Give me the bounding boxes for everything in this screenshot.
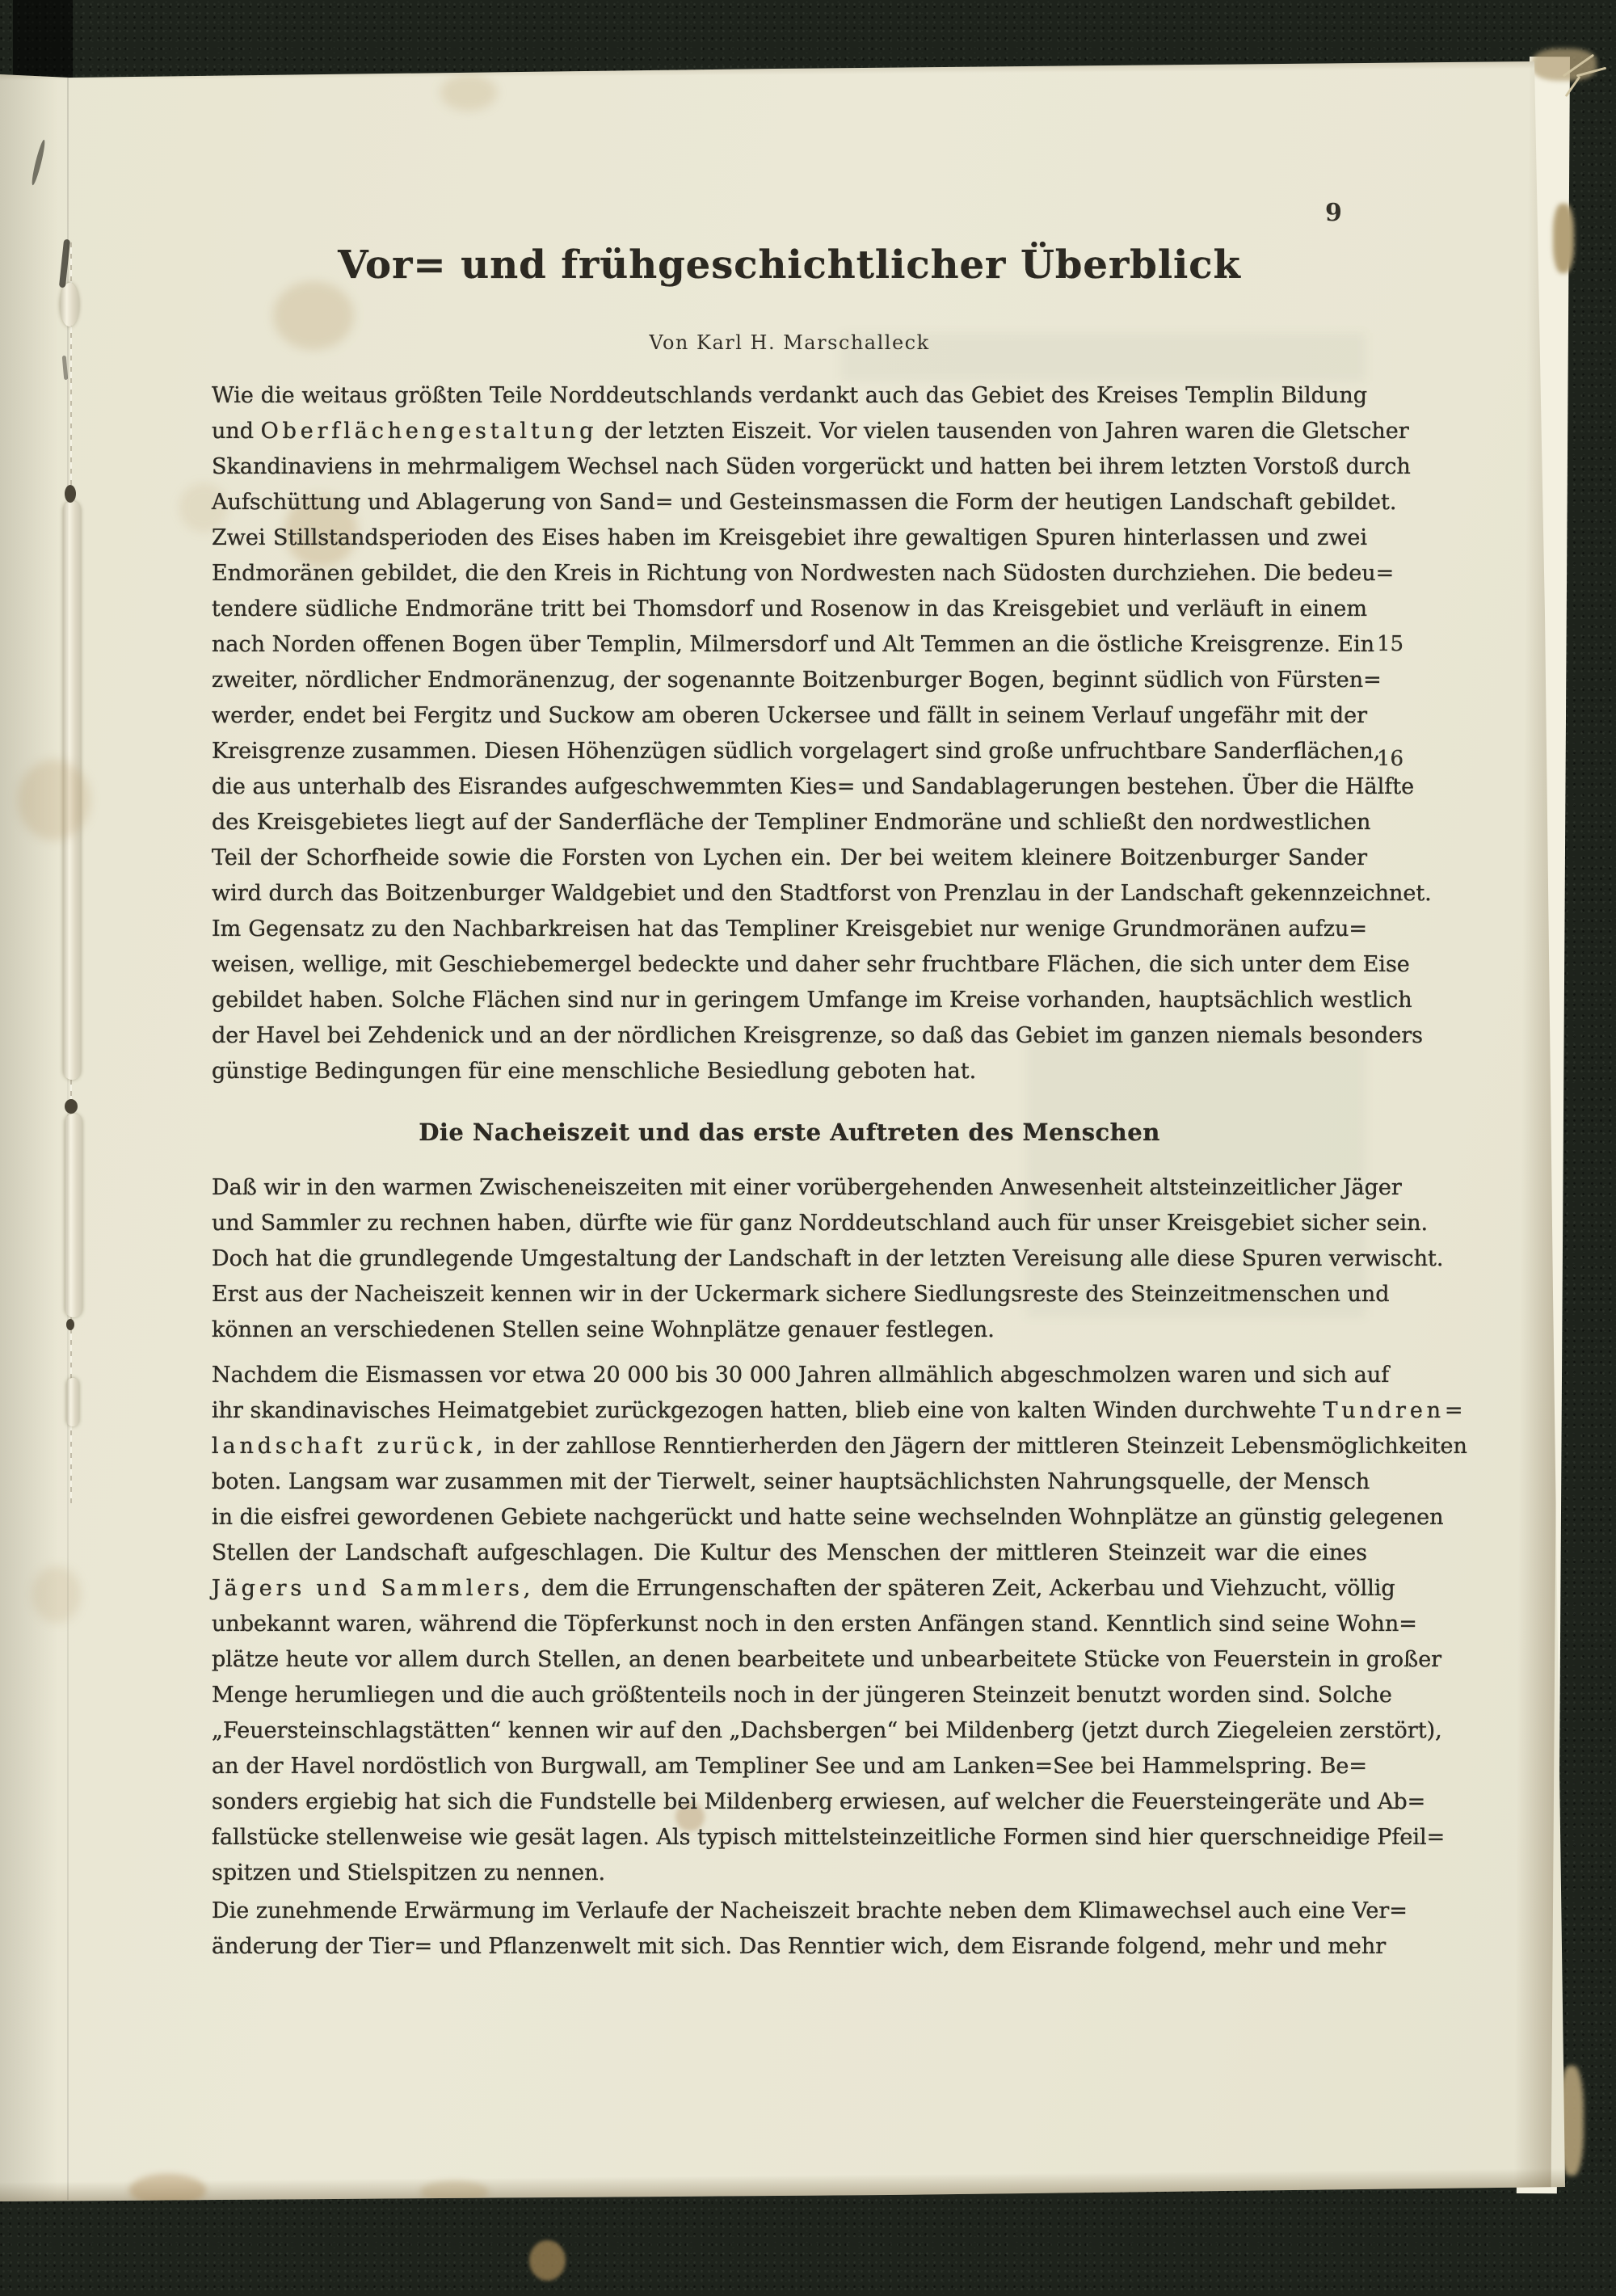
gutter-shadow: [0, 74, 58, 2201]
article-byline: Von Karl H. Marschalleck: [212, 331, 1367, 354]
text-line: Zwei Stillstandsperioden des Eises haben…: [212, 520, 1367, 556]
text-line: Endmoränen gebildet, die den Kreis in Ri…: [212, 556, 1367, 592]
binding-thread-loop: [60, 283, 79, 326]
binding-knot: [65, 485, 76, 503]
body-paragraph: Die zunehmende Erwärmung im Verlaufe der…: [212, 1894, 1367, 1965]
page-bottom-edge-shadow: [0, 2168, 1584, 2203]
text-line: spitzen und Stielspitzen zu nennen.: [212, 1856, 1367, 1891]
foxing-stain: [32, 1566, 81, 1623]
text-line: günstige Bedingungen für eine menschlich…: [212, 1054, 1367, 1089]
text-line: ihr skandinavisches Heimatgebiet zurückg…: [212, 1393, 1367, 1429]
text-line: Menge herumliegen und die auch größtente…: [212, 1678, 1367, 1713]
text-line: landschaft zurück, in der zahllose Rennt…: [212, 1429, 1367, 1464]
page-top-edge-shadow: [0, 48, 1584, 81]
binding-knot: [65, 1099, 78, 1114]
letterspaced-text: Jägers und Sammlers,: [212, 1576, 534, 1601]
foxing-stain: [420, 2180, 489, 2203]
binding-cord: [65, 1114, 82, 1317]
text-line: weisen, wellige, mit Geschiebemergel bed…: [212, 947, 1367, 983]
text-line: Im Gegensatz zu den Nachbarkreisen hat d…: [212, 912, 1367, 947]
body-paragraph: Daß wir in den warmen Zwischeneiszeiten …: [212, 1170, 1367, 1348]
margin-line-number-16: 16: [1377, 747, 1425, 771]
text-line: tendere südliche Endmoräne tritt bei Tho…: [212, 592, 1367, 627]
text-line: gebildet haben. Solche Flächen sind nur …: [212, 983, 1367, 1018]
page-number: 9: [1325, 199, 1342, 227]
binding-cord: [66, 1378, 79, 1426]
letterspaced-text: Oberflächengestaltung: [261, 419, 598, 444]
text-line: können an verschiedenen Stellen seine Wo…: [212, 1312, 1367, 1348]
text-line: fallstücke stellenweise wie gesät lagen.…: [212, 1820, 1367, 1856]
text-line: wird durch das Boitzenburger Waldgebiet …: [212, 876, 1367, 912]
body-paragraph: Wie die weitaus größten Teile Norddeutsc…: [212, 378, 1367, 1089]
text-line: an der Havel nordöstlich von Burgwall, a…: [212, 1749, 1367, 1784]
text-line: Wie die weitaus größten Teile Norddeutsc…: [212, 378, 1367, 414]
text-line: des Kreisgebietes liegt auf der Sanderfl…: [212, 805, 1367, 840]
book-page: 9 Vor= und frühgeschichtlicher Überblick…: [0, 0, 1616, 2296]
text-line: Doch hat die grundlegende Umgestaltung d…: [212, 1241, 1367, 1277]
text-line: Die zunehmende Erwärmung im Verlaufe der…: [212, 1894, 1367, 1929]
text-line: Daß wir in den warmen Zwischeneiszeiten …: [212, 1170, 1367, 1206]
page-edge-deckle: [1553, 204, 1574, 273]
text-line: sonders ergiebig hat sich die Fundstelle…: [212, 1784, 1367, 1820]
spine-shadow: [13, 0, 73, 79]
section-heading: Die Nacheiszeit und das erste Auftreten …: [212, 1119, 1367, 1146]
article-title: Vor= und frühgeschichtlicher Überblick: [212, 242, 1367, 288]
text-line: und Sammler zu rechnen haben, dürfte wie…: [212, 1206, 1367, 1241]
book-scan-scene: 9 Vor= und frühgeschichtlicher Überblick…: [0, 0, 1616, 2296]
text-line: änderung der Tier= und Pflanzenwelt mit …: [212, 1929, 1367, 1965]
text-line: Nachdem die Eismassen vor etwa 20 000 bi…: [212, 1358, 1367, 1393]
text-line: Erst aus der Nacheiszeit kennen wir in d…: [212, 1277, 1367, 1312]
text-line: die aus unterhalb des Eisrandes aufgesch…: [212, 769, 1367, 805]
text-line: unbekannt waren, während die Töpferkunst…: [212, 1607, 1367, 1642]
foxing-stain: [440, 74, 497, 111]
text-line: boten. Langsam war zusammen mit der Tier…: [212, 1464, 1367, 1500]
text-line: Stellen der Landschaft aufgeschlagen. Di…: [212, 1536, 1367, 1571]
text-line: Jägers und Sammlers, dem die Errungensch…: [212, 1571, 1367, 1607]
text-line: werder, endet bei Fergitz und Suckow am …: [212, 698, 1367, 734]
text-line: Kreisgrenze zusammen. Diesen Höhenzügen …: [212, 734, 1367, 769]
letterspaced-text: Tundren=: [1324, 1398, 1467, 1423]
text-line: Skandinaviens in mehrmaligem Wechsel nac…: [212, 449, 1367, 485]
text-line: nach Norden offenen Bogen über Templin, …: [212, 627, 1367, 663]
body-paragraph: Nachdem die Eismassen vor etwa 20 000 bi…: [212, 1358, 1367, 1891]
text-line: in die eisfrei gewordenen Gebiete nachge…: [212, 1500, 1367, 1536]
binding-knot: [66, 1319, 74, 1330]
foxing-stain: [18, 760, 90, 840]
margin-line-number-15: 15: [1377, 632, 1425, 656]
text-line: „Feuersteinschlagstätten“ kennen wir auf…: [212, 1713, 1367, 1749]
paper-fleck: [529, 2240, 566, 2281]
text-line: zweiter, nördlicher Endmoränenzug, der s…: [212, 663, 1367, 698]
text-line: Teil der Schorfheide sowie die Forsten v…: [212, 840, 1367, 876]
letterspaced-text: landschaft zurück,: [212, 1434, 487, 1459]
foxing-stain: [129, 2174, 206, 2206]
text-line: der Havel bei Zehdenick und an der nördl…: [212, 1018, 1367, 1054]
text-line: und Oberflächengestaltung der letzten Ei…: [212, 414, 1367, 449]
text-line: plätze heute vor allem durch Stellen, an…: [212, 1642, 1367, 1678]
text-line: Aufschüttung und Ablagerung von Sand= un…: [212, 485, 1367, 520]
